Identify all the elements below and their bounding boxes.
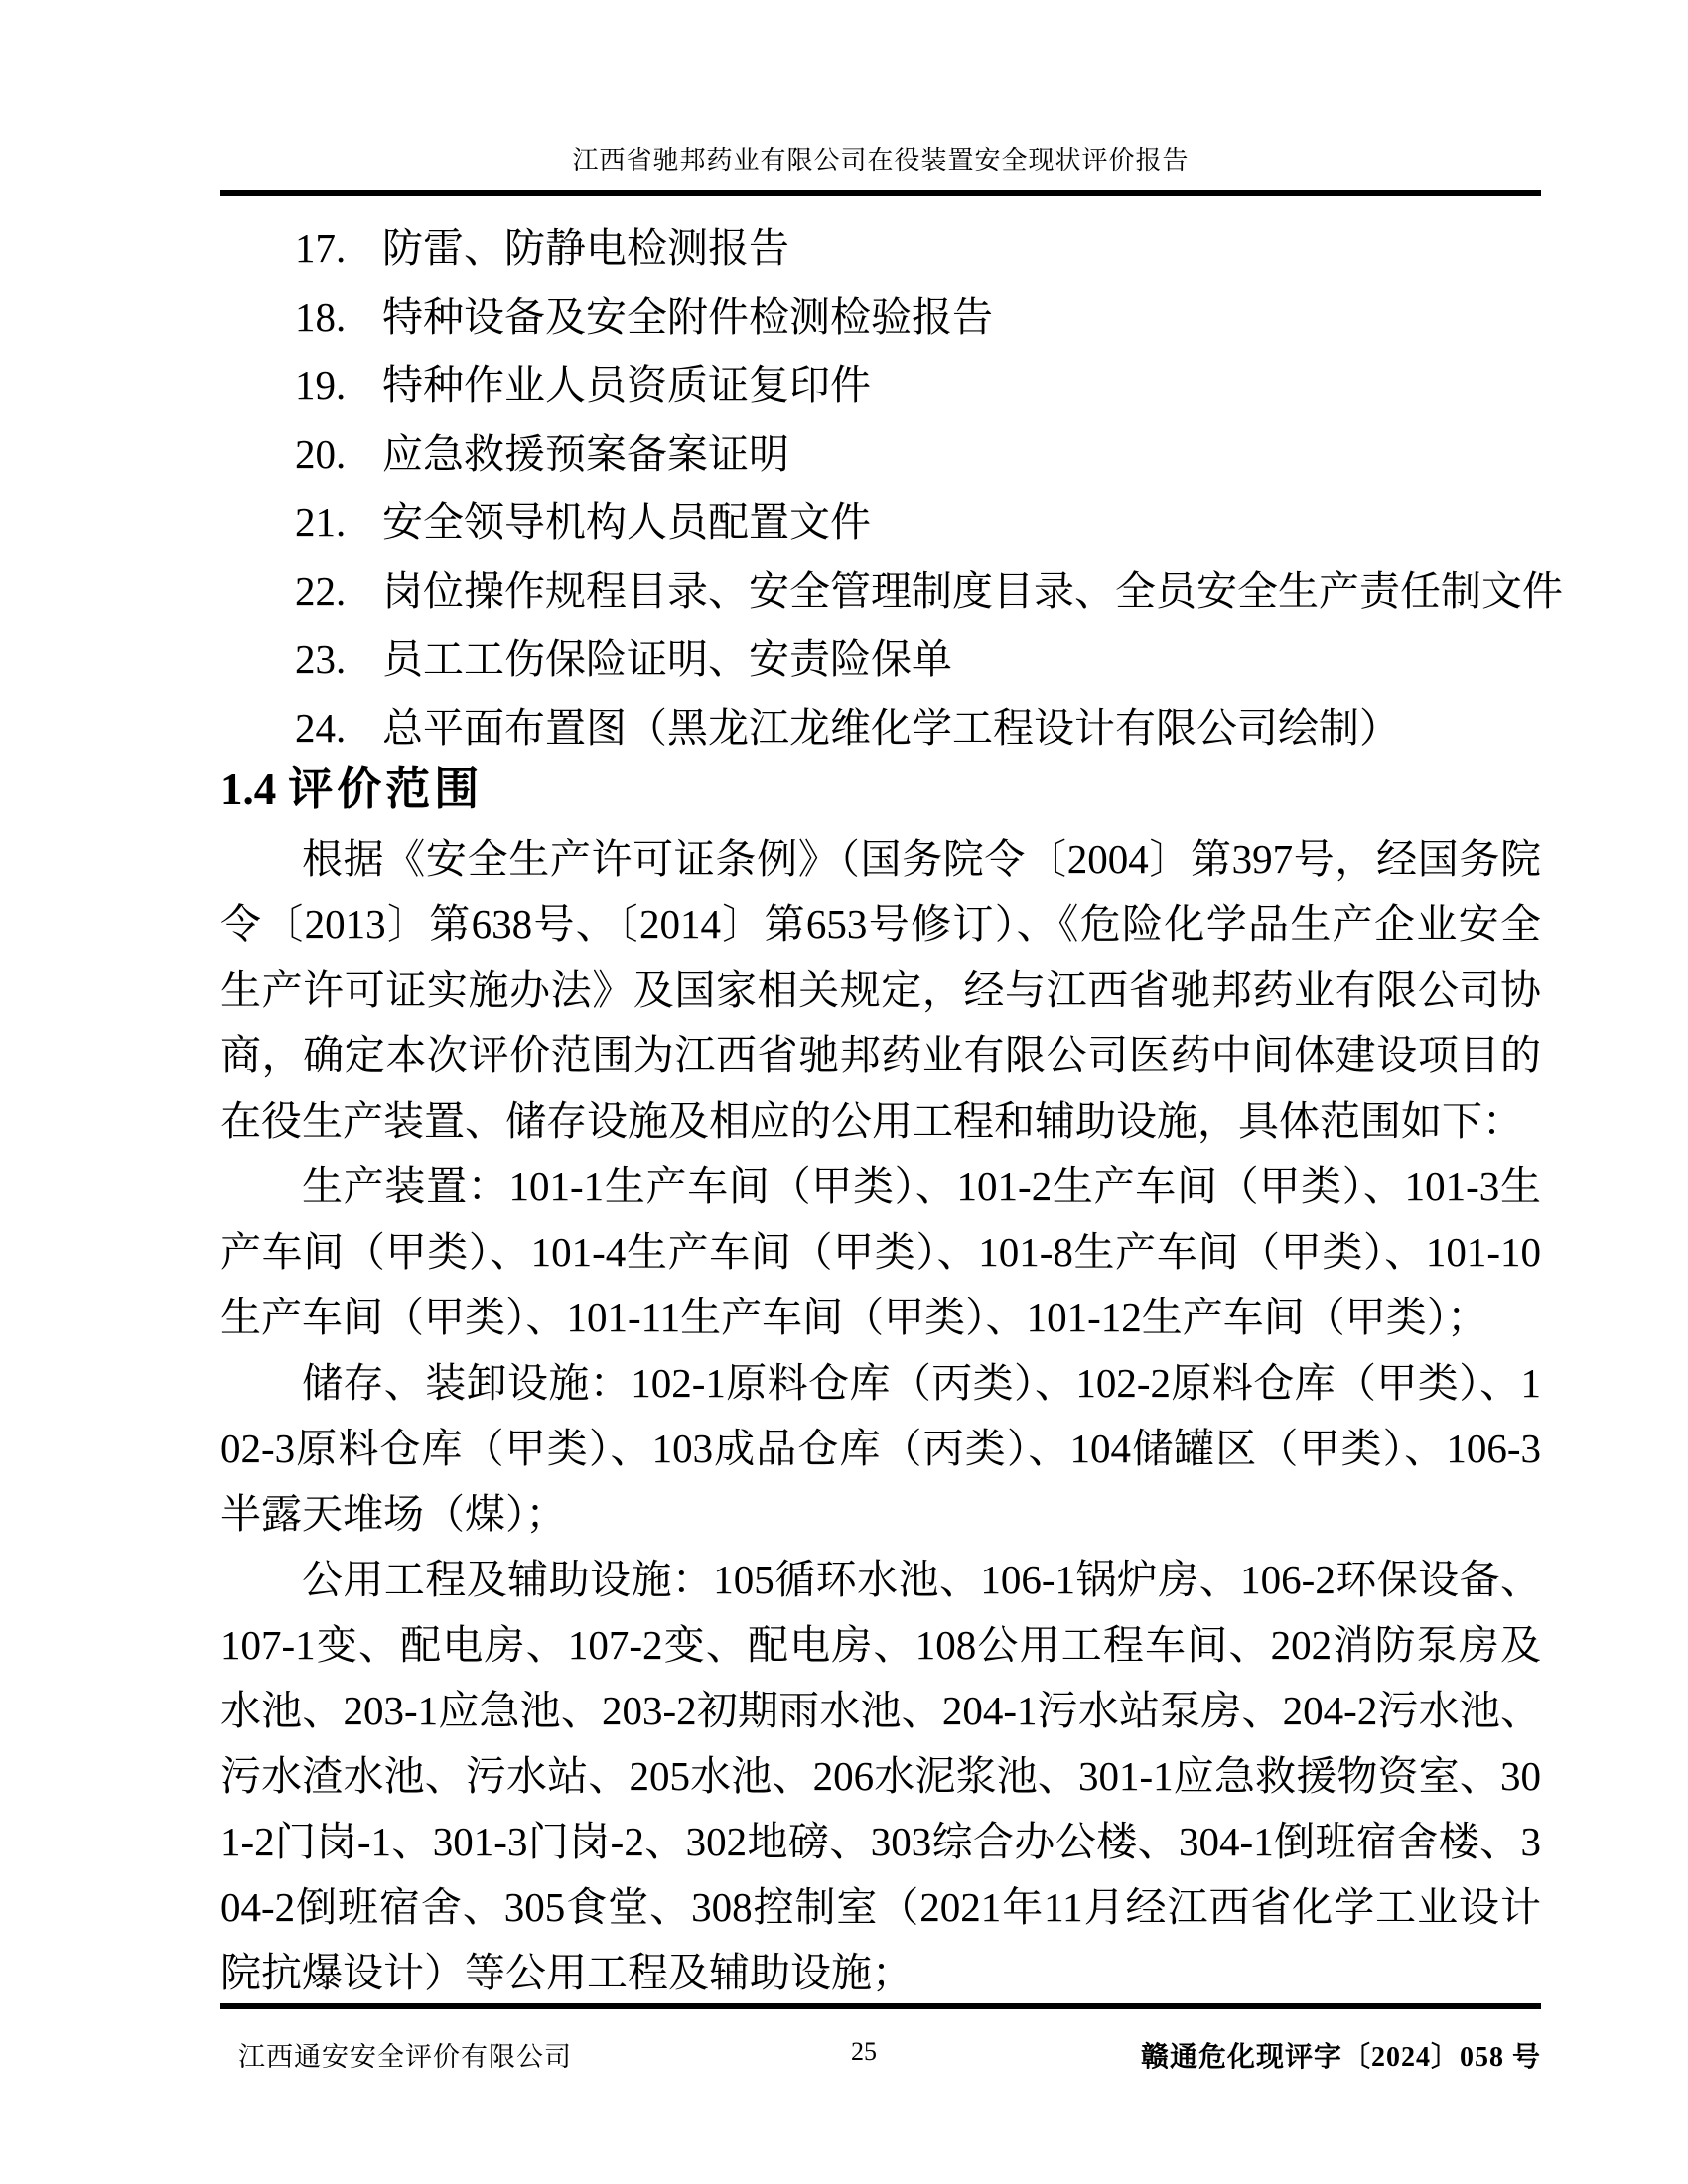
- footer-company-name: 江西通安安全评价有限公司: [220, 2035, 877, 2074]
- list-item-number: 24.: [295, 695, 382, 760]
- paragraph-production-units: 生产装置：101-1生产车间（甲类）、101-2生产车间（甲类）、101-3生产…: [220, 1154, 1541, 1350]
- list-item-number: 17.: [295, 215, 382, 281]
- list-item-number: 22.: [295, 558, 382, 623]
- list-item: 24.总平面布置图（黑龙江龙维化学工程设计有限公司绘制）: [220, 695, 1541, 760]
- list-item-text: 安全领导机构人员配置文件: [382, 499, 871, 545]
- list-item: 17.防雷、防静电检测报告: [220, 215, 1541, 281]
- paragraph-storage-loading-facilities: 储存、装卸设施：102-1原料仓库（丙类）、102-2原料仓库（甲类）、102-…: [220, 1350, 1541, 1547]
- section-heading: 1.4评价范围: [220, 764, 1541, 814]
- document-body: 17.防雷、防静电检测报告 18.特种设备及安全附件检测检验报告 19.特种作业…: [220, 215, 1541, 2005]
- document-page: 江西省驰邦药业有限公司在役装置安全现状评价报告 17.防雷、防静电检测报告 18…: [0, 0, 1688, 2184]
- list-item-number: 19.: [295, 352, 382, 418]
- list-item-number: 20.: [295, 421, 382, 486]
- list-item: 23.员工工伤保险证明、安责险保单: [220, 626, 1541, 692]
- list-item: 18.特种设备及安全附件检测检验报告: [220, 284, 1541, 349]
- page-footer: 江西通安安全评价有限公司 25 赣通危化现评字〔2024〕058 号: [220, 2003, 1541, 2075]
- footer-page-number: 25: [851, 2037, 877, 2067]
- list-item: 22.岗位操作规程目录、安全管理制度目录、全员安全生产责任制文件: [220, 558, 1541, 623]
- list-item-text: 特种设备及安全附件检测检验报告: [382, 294, 993, 340]
- list-item: 20.应急救援预案备案证明: [220, 421, 1541, 486]
- paragraph-evaluation-scope-basis: 根据《安全生产许可证条例》（国务院令〔2004〕第397号，经国务院令〔2013…: [220, 826, 1541, 1154]
- list-item: 19.特种作业人员资质证复印件: [220, 352, 1541, 418]
- header-rule: [220, 190, 1541, 196]
- list-item-text: 防雷、防静电检测报告: [382, 225, 789, 271]
- footer-rule: [220, 2003, 1541, 2009]
- paragraph-utilities-auxiliary-facilities: 公用工程及辅助设施：105循环水池、106-1锅炉房、106-2环保设备、107…: [220, 1547, 1541, 2005]
- attachment-list: 17.防雷、防静电检测报告 18.特种设备及安全附件检测检验报告 19.特种作业…: [220, 215, 1541, 760]
- list-item-number: 18.: [295, 284, 382, 349]
- header-title: 江西省驰邦药业有限公司在役装置安全现状评价报告: [220, 144, 1541, 178]
- footer-row: 江西通安安全评价有限公司 25 赣通危化现评字〔2024〕058 号: [220, 2035, 1541, 2075]
- list-item-number: 21.: [295, 489, 382, 555]
- list-item-text: 特种作业人员资质证复印件: [382, 362, 871, 408]
- list-item-number: 23.: [295, 626, 382, 692]
- footer-document-number: 赣通危化现评字〔2024〕058 号: [903, 2035, 1541, 2075]
- section-title: 评价范围: [288, 764, 483, 814]
- list-item-text: 应急救援预案备案证明: [382, 431, 789, 477]
- list-item-text: 员工工伤保险证明、安责险保单: [382, 636, 952, 682]
- list-item-text: 岗位操作规程目录、安全管理制度目录、全员安全生产责任制文件: [382, 568, 1563, 614]
- section-content: 根据《安全生产许可证条例》（国务院令〔2004〕第397号，经国务院令〔2013…: [220, 826, 1541, 2005]
- page-header: 江西省驰邦药业有限公司在役装置安全现状评价报告: [220, 144, 1541, 196]
- list-item-text: 总平面布置图（黑龙江龙维化学工程设计有限公司绘制）: [382, 705, 1400, 751]
- list-item: 21.安全领导机构人员配置文件: [220, 489, 1541, 555]
- section-number: 1.4: [220, 764, 276, 814]
